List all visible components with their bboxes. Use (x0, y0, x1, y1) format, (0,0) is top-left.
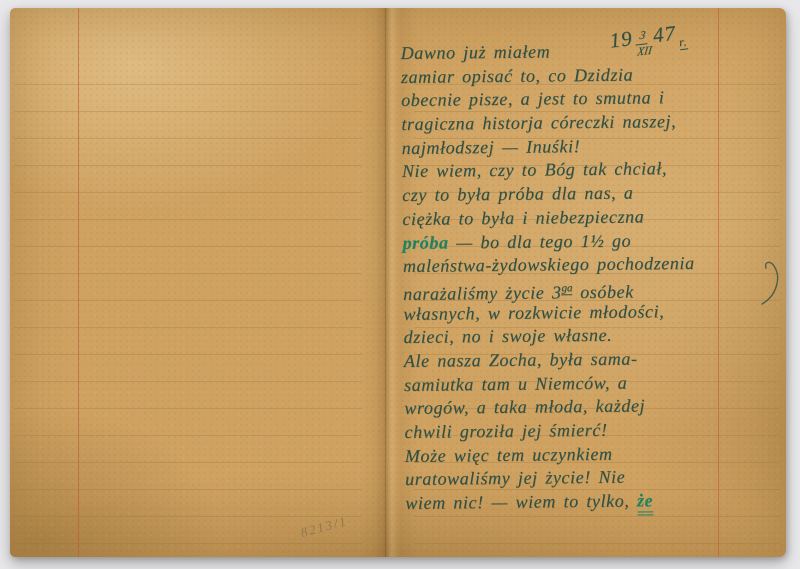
handwriting-text: Dawno już miałemzamiar opisać to, co Dzi… (401, 38, 786, 516)
margin-flourish-icon (760, 258, 786, 306)
center-fold-crease (385, 8, 386, 557)
letter-paper: 8213/1 193XII47r. Dawno już miałemzamiar… (10, 8, 786, 557)
ruled-lines-left (14, 58, 362, 547)
archive-number-pencil: 8213/1 (299, 514, 349, 539)
margin-line-left (78, 8, 79, 557)
handwriting-line: wiem nic! — wiem to tylko, że (405, 488, 785, 516)
scanned-letter: 8213/1 193XII47r. Dawno już miałemzamiar… (0, 0, 800, 569)
